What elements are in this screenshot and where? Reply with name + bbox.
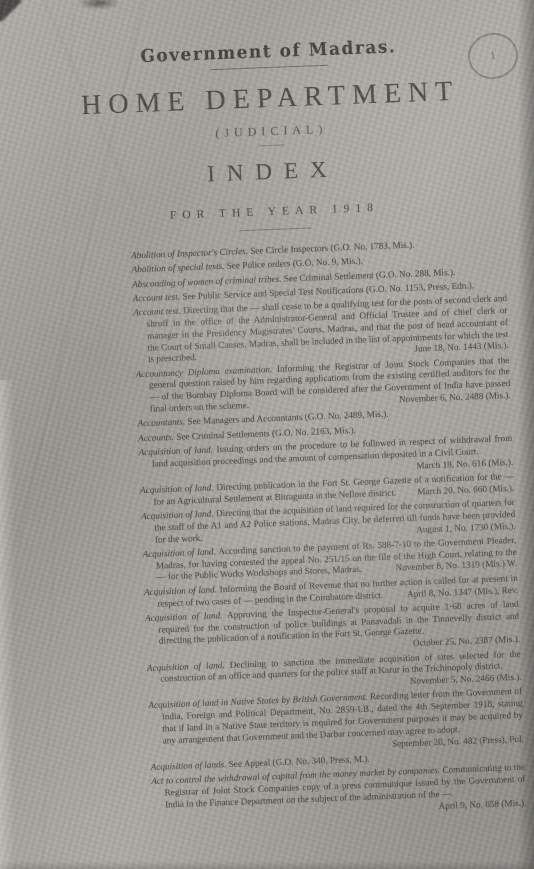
year-line: FOR THE YEAR 1918 — [37, 197, 511, 227]
page-content: Government of Madras. HOME DEPARTMENT (J… — [30, 9, 534, 829]
entry-term: Acquisition of land. — [138, 444, 213, 457]
entry-term: Acquisition of land. — [141, 508, 214, 521]
entry-term: Acquisition of lands. — [150, 759, 226, 772]
entry-term: Accountants. — [137, 417, 185, 429]
index-title: INDEX — [36, 150, 511, 194]
entry-ref: August 1, No. 1730 (Mis.). — [419, 520, 516, 535]
entry-ref: October 25, No. 2387 (Mis.). — [416, 634, 521, 650]
entry-term: Acquisition of land. — [142, 546, 216, 559]
entry-term: Accounts. — [138, 432, 174, 443]
entry-body: See Police orders (G.O. No. 9, Mis.). — [226, 256, 363, 271]
entry-term: Account test. — [132, 291, 180, 303]
entry-ref: March 18, No. 616 (Mis.). — [419, 456, 513, 471]
document-page: 1 Government of Madras. HOME DEPARTMENT … — [0, 0, 534, 869]
entry-term: Acquisition of land. — [145, 610, 223, 623]
entry-term: Account test. — [133, 306, 181, 318]
divider — [239, 227, 311, 231]
index-entry: Acquisition of land in Native States by … — [148, 686, 524, 759]
page-edge-shadow — [0, 861, 534, 869]
entry-term: Abolition of special tests. — [131, 261, 224, 275]
entry-body: See Circle Inspectors (G.O. No. 1783, Mi… — [250, 240, 415, 256]
page-edge-highlight — [0, 380, 14, 869]
entry-ref: April 9, No. 858 (Mis.). — [441, 797, 526, 812]
government-title: Government of Madras. — [31, 32, 505, 71]
entry-ref: April 8, No. 1347 (Mis.), Rev. — [410, 584, 519, 600]
entry-body: See Appeal (G.O. No. 340, Press, M.). — [229, 753, 370, 768]
document-header: Government of Madras. HOME DEPARTMENT (J… — [31, 33, 512, 239]
entry-term: Acquisition of land. — [147, 660, 225, 673]
entry-ref: March 20, No. 660 (Mis.). — [420, 483, 514, 498]
department-title: HOME DEPARTMENT — [33, 74, 508, 124]
divider — [259, 144, 285, 146]
entry-term: Abolition of Inspector's Circles. — [131, 246, 248, 260]
entry-term: Acquisition of land. — [144, 584, 217, 597]
entry-ref: November 5, No. 2466 (Mis.). — [413, 672, 522, 688]
page-number-annotation: 1 — [489, 50, 497, 63]
divider — [210, 65, 328, 71]
entry-ref: November 6, No. 2488 (Mis.). — [402, 390, 511, 406]
index-entry: Account test. Directing that the — shall… — [133, 293, 509, 366]
entry-ref: June 18, No. 1443 (Mis.). — [417, 340, 509, 355]
index-entry-list: Abolition of Inspector's Circles. See Ci… — [131, 236, 527, 823]
entry-term: Acquisition of land. — [140, 482, 214, 495]
page-corner-shadow — [0, 0, 22, 22]
ink-smudge — [78, 0, 120, 10]
page-edge-shadow — [518, 0, 534, 869]
